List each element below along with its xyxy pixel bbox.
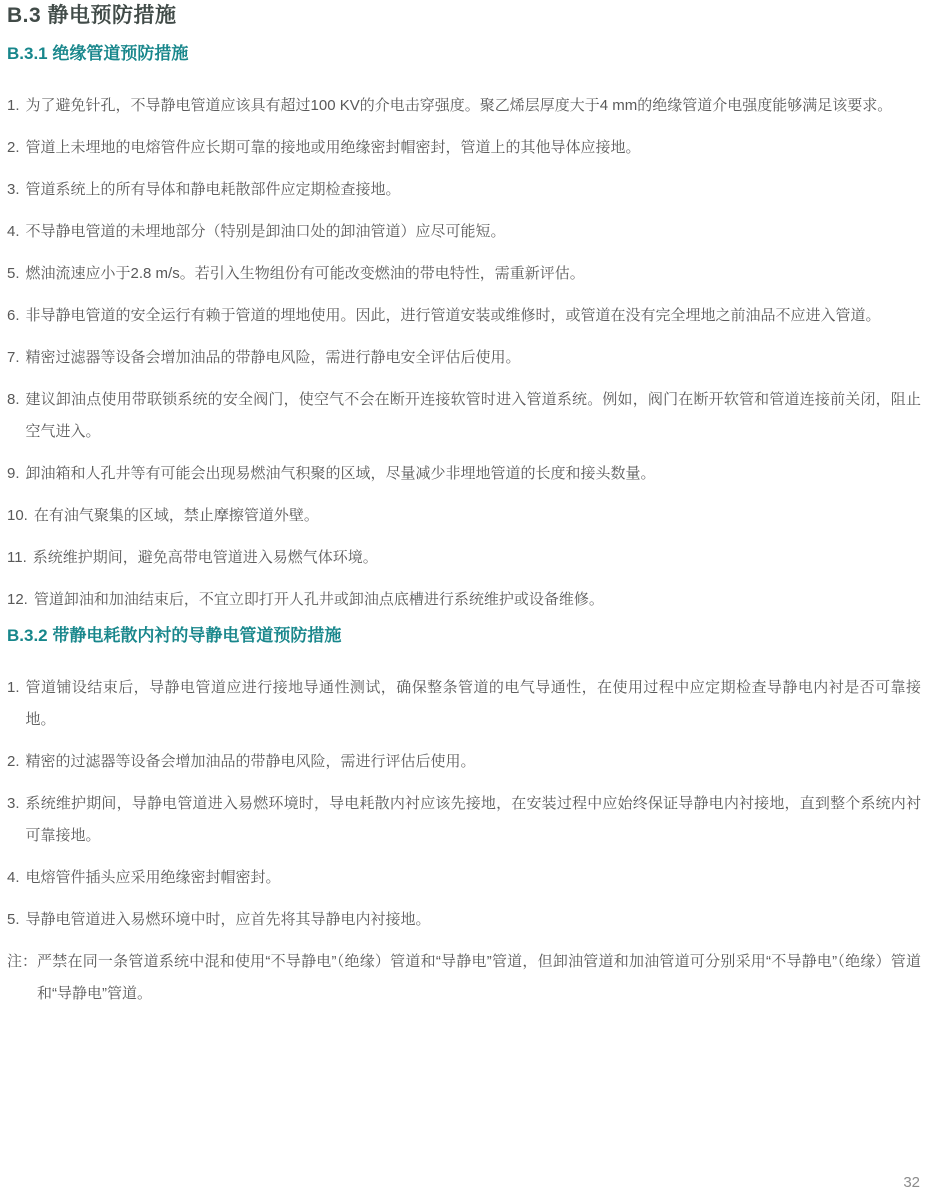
list-item: 6. 非导静电管道的安全运行有赖于管道的埋地使用。因此，进行管道安装或维修时，或… — [7, 300, 921, 332]
page-title: B.3 静电预防措施 — [7, 4, 921, 28]
item-text: 非导静电管道的安全运行有赖于管道的埋地使用。因此，进行管道安装或维修时，或管道在… — [26, 300, 921, 332]
item-text: 管道卸油和加油结束后，不宜立即打开人孔井或卸油点底槽进行系统维护或设备维修。 — [34, 584, 921, 616]
item-text: 精密过滤器等设备会增加油品的带静电风险，需进行静电安全评估后使用。 — [26, 342, 921, 374]
list-item: 12. 管道卸油和加油结束后，不宜立即打开人孔井或卸油点底槽进行系统维护或设备维… — [7, 584, 921, 616]
item-number: 4. — [7, 862, 20, 894]
item-number: 9. — [7, 458, 20, 490]
item-text: 管道系统上的所有导体和静电耗散部件应定期检查接地。 — [26, 174, 921, 206]
item-text: 导静电管道进入易燃环境中时，应首先将其导静电内衬接地。 — [26, 904, 921, 936]
item-text: 系统维护期间，导静电管道进入易燃环境时，导电耗散内衬应该先接地，在安装过程中应始… — [26, 788, 921, 852]
item-number: 5. — [7, 258, 20, 290]
note-paragraph: 注： 严禁在同一条管道系统中混和使用“不导静电”（绝缘）管道和“导静电”管道，但… — [7, 946, 921, 1010]
section-title-b32: B.3.2 带静电耗散内衬的导静电管道预防措施 — [7, 626, 921, 646]
list-item: 9. 卸油箱和人孔井等有可能会出现易燃油气积聚的区域，尽量减少非埋地管道的长度和… — [7, 458, 921, 490]
item-number: 12. — [7, 584, 28, 616]
item-number: 2. — [7, 132, 20, 164]
item-text: 建议卸油点使用带联锁系统的安全阀门，使空气不会在断开连接软管时进入管道系统。例如… — [26, 384, 921, 448]
item-number: 2. — [7, 746, 20, 778]
document-page: B.3 静电预防措施 B.3.1 绝缘管道预防措施 1. 为了避免针孔，不导静电… — [0, 0, 931, 1010]
section-b32-list: 1. 管道铺设结束后，导静电管道应进行接地导通性测试，确保整条管道的电气导通性，… — [7, 672, 921, 936]
page-number: 32 — [903, 1174, 920, 1192]
note-text: 严禁在同一条管道系统中混和使用“不导静电”（绝缘）管道和“导静电”管道，但卸油管… — [37, 946, 921, 1010]
list-item: 11. 系统维护期间，避免高带电管道进入易燃气体环境。 — [7, 542, 921, 574]
item-number: 8. — [7, 384, 20, 416]
item-number: 11. — [7, 542, 27, 574]
item-number: 10. — [7, 500, 28, 532]
item-number: 1. — [7, 90, 20, 122]
list-item: 1. 为了避免针孔，不导静电管道应该具有超过100 KV的介电击穿强度。聚乙烯层… — [7, 90, 921, 122]
item-text: 管道铺设结束后，导静电管道应进行接地导通性测试，确保整条管道的电气导通性，在使用… — [26, 672, 921, 736]
item-text: 为了避免针孔，不导静电管道应该具有超过100 KV的介电击穿强度。聚乙烯层厚度大… — [26, 90, 921, 122]
item-number: 3. — [7, 788, 20, 820]
item-number: 6. — [7, 300, 20, 332]
item-number: 7. — [7, 342, 20, 374]
section-b31-list: 1. 为了避免针孔，不导静电管道应该具有超过100 KV的介电击穿强度。聚乙烯层… — [7, 90, 921, 616]
item-number: 5. — [7, 904, 20, 936]
item-text: 不导静电管道的未埋地部分（特别是卸油口处的卸油管道）应尽可能短。 — [26, 216, 921, 248]
list-item: 3. 系统维护期间，导静电管道进入易燃环境时，导电耗散内衬应该先接地，在安装过程… — [7, 788, 921, 852]
note-label: 注： — [7, 946, 37, 978]
list-item: 4. 不导静电管道的未埋地部分（特别是卸油口处的卸油管道）应尽可能短。 — [7, 216, 921, 248]
list-item: 2. 管道上未埋地的电熔管件应长期可靠的接地或用绝缘密封帽密封，管道上的其他导体… — [7, 132, 921, 164]
list-item: 4. 电熔管件插头应采用绝缘密封帽密封。 — [7, 862, 921, 894]
item-text: 精密的过滤器等设备会增加油品的带静电风险，需进行评估后使用。 — [26, 746, 921, 778]
item-text: 电熔管件插头应采用绝缘密封帽密封。 — [26, 862, 921, 894]
section-title-b31: B.3.1 绝缘管道预防措施 — [7, 44, 921, 64]
item-text: 系统维护期间，避免高带电管道进入易燃气体环境。 — [33, 542, 921, 574]
item-number: 1. — [7, 672, 20, 704]
item-text: 管道上未埋地的电熔管件应长期可靠的接地或用绝缘密封帽密封，管道上的其他导体应接地… — [26, 132, 921, 164]
list-item: 5. 导静电管道进入易燃环境中时，应首先将其导静电内衬接地。 — [7, 904, 921, 936]
list-item: 10. 在有油气聚集的区域，禁止摩擦管道外壁。 — [7, 500, 921, 532]
list-item: 2. 精密的过滤器等设备会增加油品的带静电风险，需进行评估后使用。 — [7, 746, 921, 778]
list-item: 7. 精密过滤器等设备会增加油品的带静电风险，需进行静电安全评估后使用。 — [7, 342, 921, 374]
list-item: 3. 管道系统上的所有导体和静电耗散部件应定期检查接地。 — [7, 174, 921, 206]
item-number: 4. — [7, 216, 20, 248]
item-text: 卸油箱和人孔井等有可能会出现易燃油气积聚的区域，尽量减少非埋地管道的长度和接头数… — [26, 458, 921, 490]
item-number: 3. — [7, 174, 20, 206]
list-item: 5. 燃油流速应小于2.8 m/s。若引入生物组份有可能改变燃油的带电特性，需重… — [7, 258, 921, 290]
item-text: 燃油流速应小于2.8 m/s。若引入生物组份有可能改变燃油的带电特性，需重新评估… — [26, 258, 921, 290]
list-item: 1. 管道铺设结束后，导静电管道应进行接地导通性测试，确保整条管道的电气导通性，… — [7, 672, 921, 736]
item-text: 在有油气聚集的区域，禁止摩擦管道外壁。 — [34, 500, 921, 532]
list-item: 8. 建议卸油点使用带联锁系统的安全阀门，使空气不会在断开连接软管时进入管道系统… — [7, 384, 921, 448]
